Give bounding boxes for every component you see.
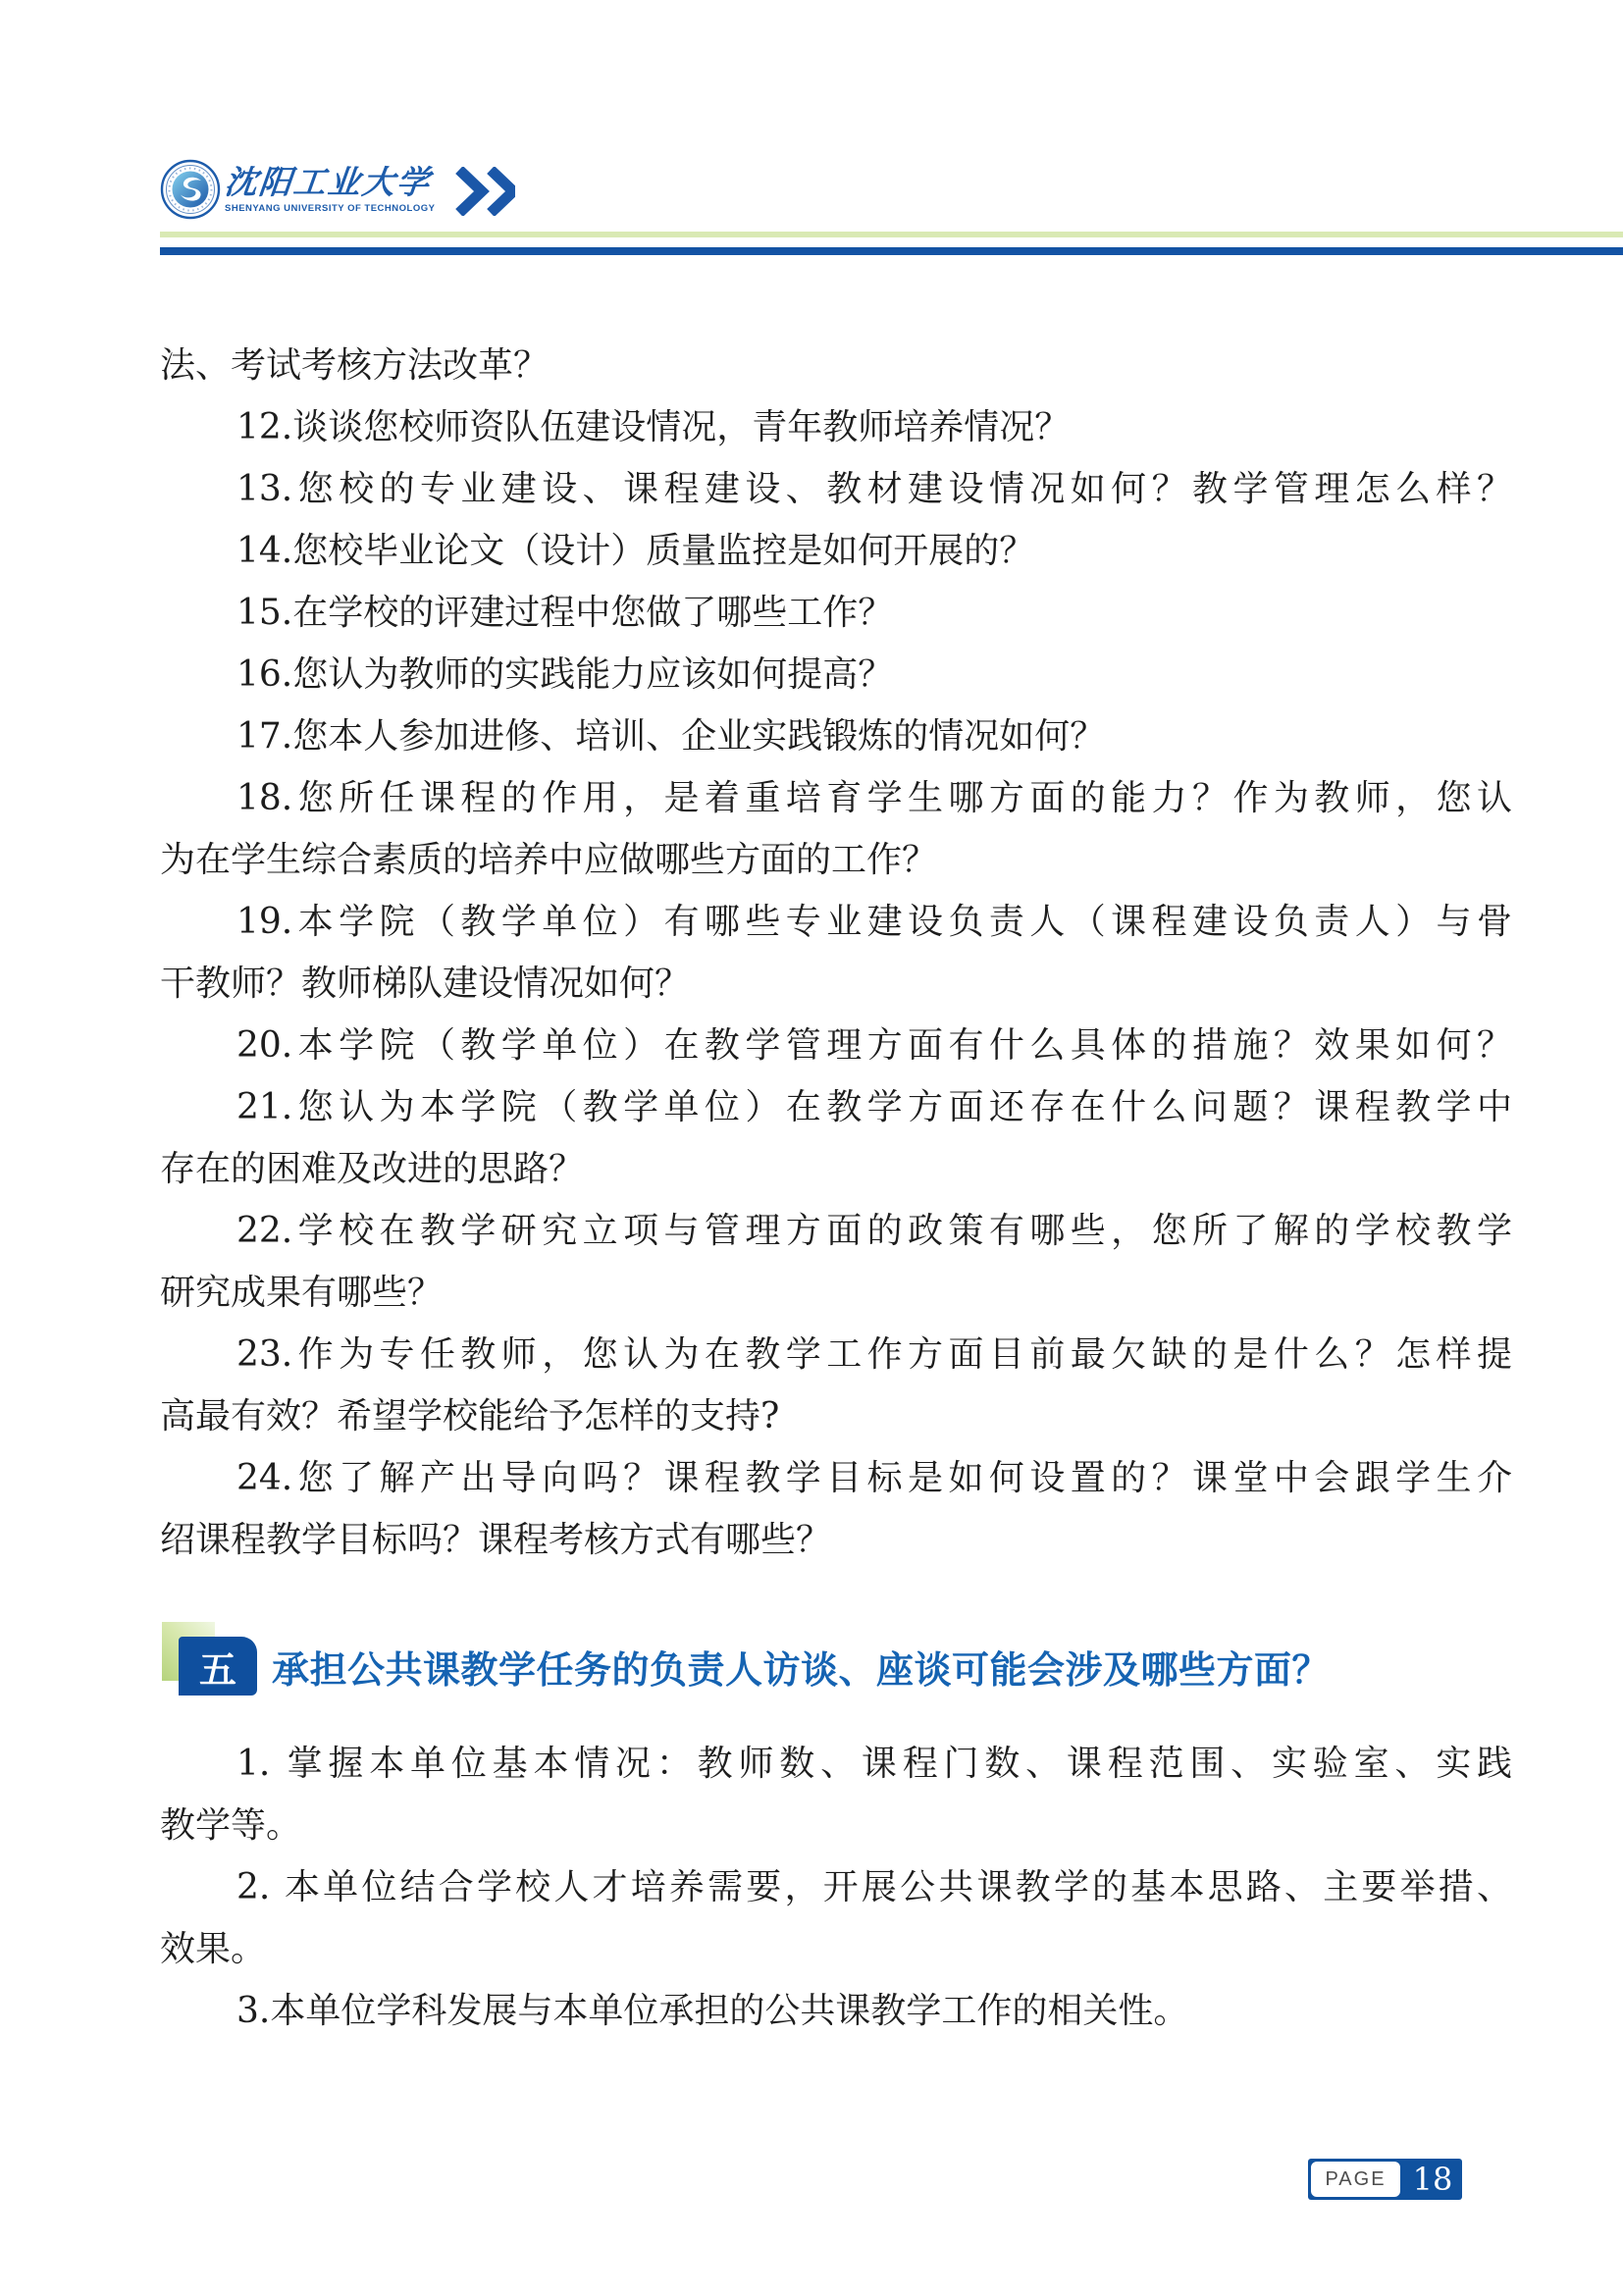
header-rule-green <box>160 232 1623 237</box>
document-page: 沈阳工业大学 SHENYANG UNIVERSITY OF TECHNOLOGY… <box>0 0 1623 2296</box>
text-line: 12.谈谈您校师资队伍建设情况，青年教师培养情况？ <box>160 396 1512 458</box>
text-line: 绍课程教学目标吗？课程考核方式有哪些？ <box>160 1509 1512 1571</box>
text-line: 3.本单位学科发展与本单位承担的公共课教学工作的相关性。 <box>160 1980 1512 2042</box>
list-paragraphs: 1. 掌握本单位基本情况：教师数、课程门数、课程范围、实验室、实践教学等。2. … <box>160 1733 1512 2042</box>
text-line: 2. 本单位结合学校人才培养需要，开展公共课教学的基本思路、主要举措、 <box>160 1856 1512 1918</box>
page-number-badge: PAGE 18 <box>1308 2159 1462 2200</box>
text-line: 高最有效？希望学校能给予怎样的支持? <box>160 1385 1512 1447</box>
body-paragraphs: 法、考试考核方法改革？12.谈谈您校师资队伍建设情况，青年教师培养情况？13.您… <box>160 335 1512 1571</box>
text-line: 21.您认为本学院（教学单位）在教学方面还存在什么问题？课程教学中 <box>160 1076 1512 1138</box>
text-line: 22.学校在教学研究立项与管理方面的政策有哪些，您所了解的学校教学 <box>160 1200 1512 1262</box>
text-line: 20.本学院（教学单位）在教学管理方面有什么具体的措施？效果如何？ <box>160 1015 1512 1076</box>
text-line: 1. 掌握本单位基本情况：教师数、课程门数、课程范围、实验室、实践 <box>160 1733 1512 1795</box>
text-line: 14.您校毕业论文（设计）质量监控是如何开展的？ <box>160 520 1512 582</box>
page-number: 18 <box>1403 2159 1462 2200</box>
text-line: 为在学生综合素质的培养中应做哪些方面的工作？ <box>160 829 1512 891</box>
text-line: 19.本学院（教学单位）有哪些专业建设负责人（课程建设负责人）与骨 <box>160 891 1512 953</box>
text-line: 15.在学校的评建过程中您做了哪些工作？ <box>160 582 1512 644</box>
text-line: 存在的困难及改进的思路？ <box>160 1138 1512 1200</box>
section-title: 承担公共课教学任务的负责人访谈、座谈可能会涉及哪些方面？ <box>272 1637 1330 1696</box>
text-line: 13.您校的专业建设、课程建设、教材建设情况如何？教学管理怎么样？ <box>160 458 1512 520</box>
page-label: PAGE <box>1308 2159 1403 2200</box>
text-line: 研究成果有哪些？ <box>160 1262 1512 1324</box>
university-name: 沈阳工业大学 <box>223 165 443 200</box>
text-line: 干教师？教师梯队建设情况如何？ <box>160 953 1512 1015</box>
text-line: 效果。 <box>160 1918 1512 1980</box>
text-line: 24.您了解产出导向吗？课程教学目标是如何设置的？课堂中会跟学生介 <box>160 1447 1512 1509</box>
text-line: 法、考试考核方法改革？ <box>160 335 1512 396</box>
section-number-box: 五 <box>179 1637 257 1696</box>
university-wordmark: 沈阳工业大学 SHENYANG UNIVERSITY OF TECHNOLOGY <box>225 165 441 214</box>
double-chevron-icon <box>454 167 515 216</box>
text-line: 17.您本人参加进修、培训、企业实践锻炼的情况如何？ <box>160 705 1512 767</box>
text-line: 23.作为专任教师，您认为在教学工作方面目前最欠缺的是什么？怎样提 <box>160 1324 1512 1385</box>
university-emblem-icon <box>160 159 221 220</box>
text-line: 16.您认为教师的实践能力应该如何提高？ <box>160 644 1512 705</box>
text-line: 教学等。 <box>160 1795 1512 1856</box>
university-caption: SHENYANG UNIVERSITY OF TECHNOLOGY <box>225 203 441 214</box>
header-rule-blue <box>160 247 1623 255</box>
text-line: 18.您所任课程的作用，是着重培育学生哪方面的能力？作为教师，您认 <box>160 767 1512 829</box>
